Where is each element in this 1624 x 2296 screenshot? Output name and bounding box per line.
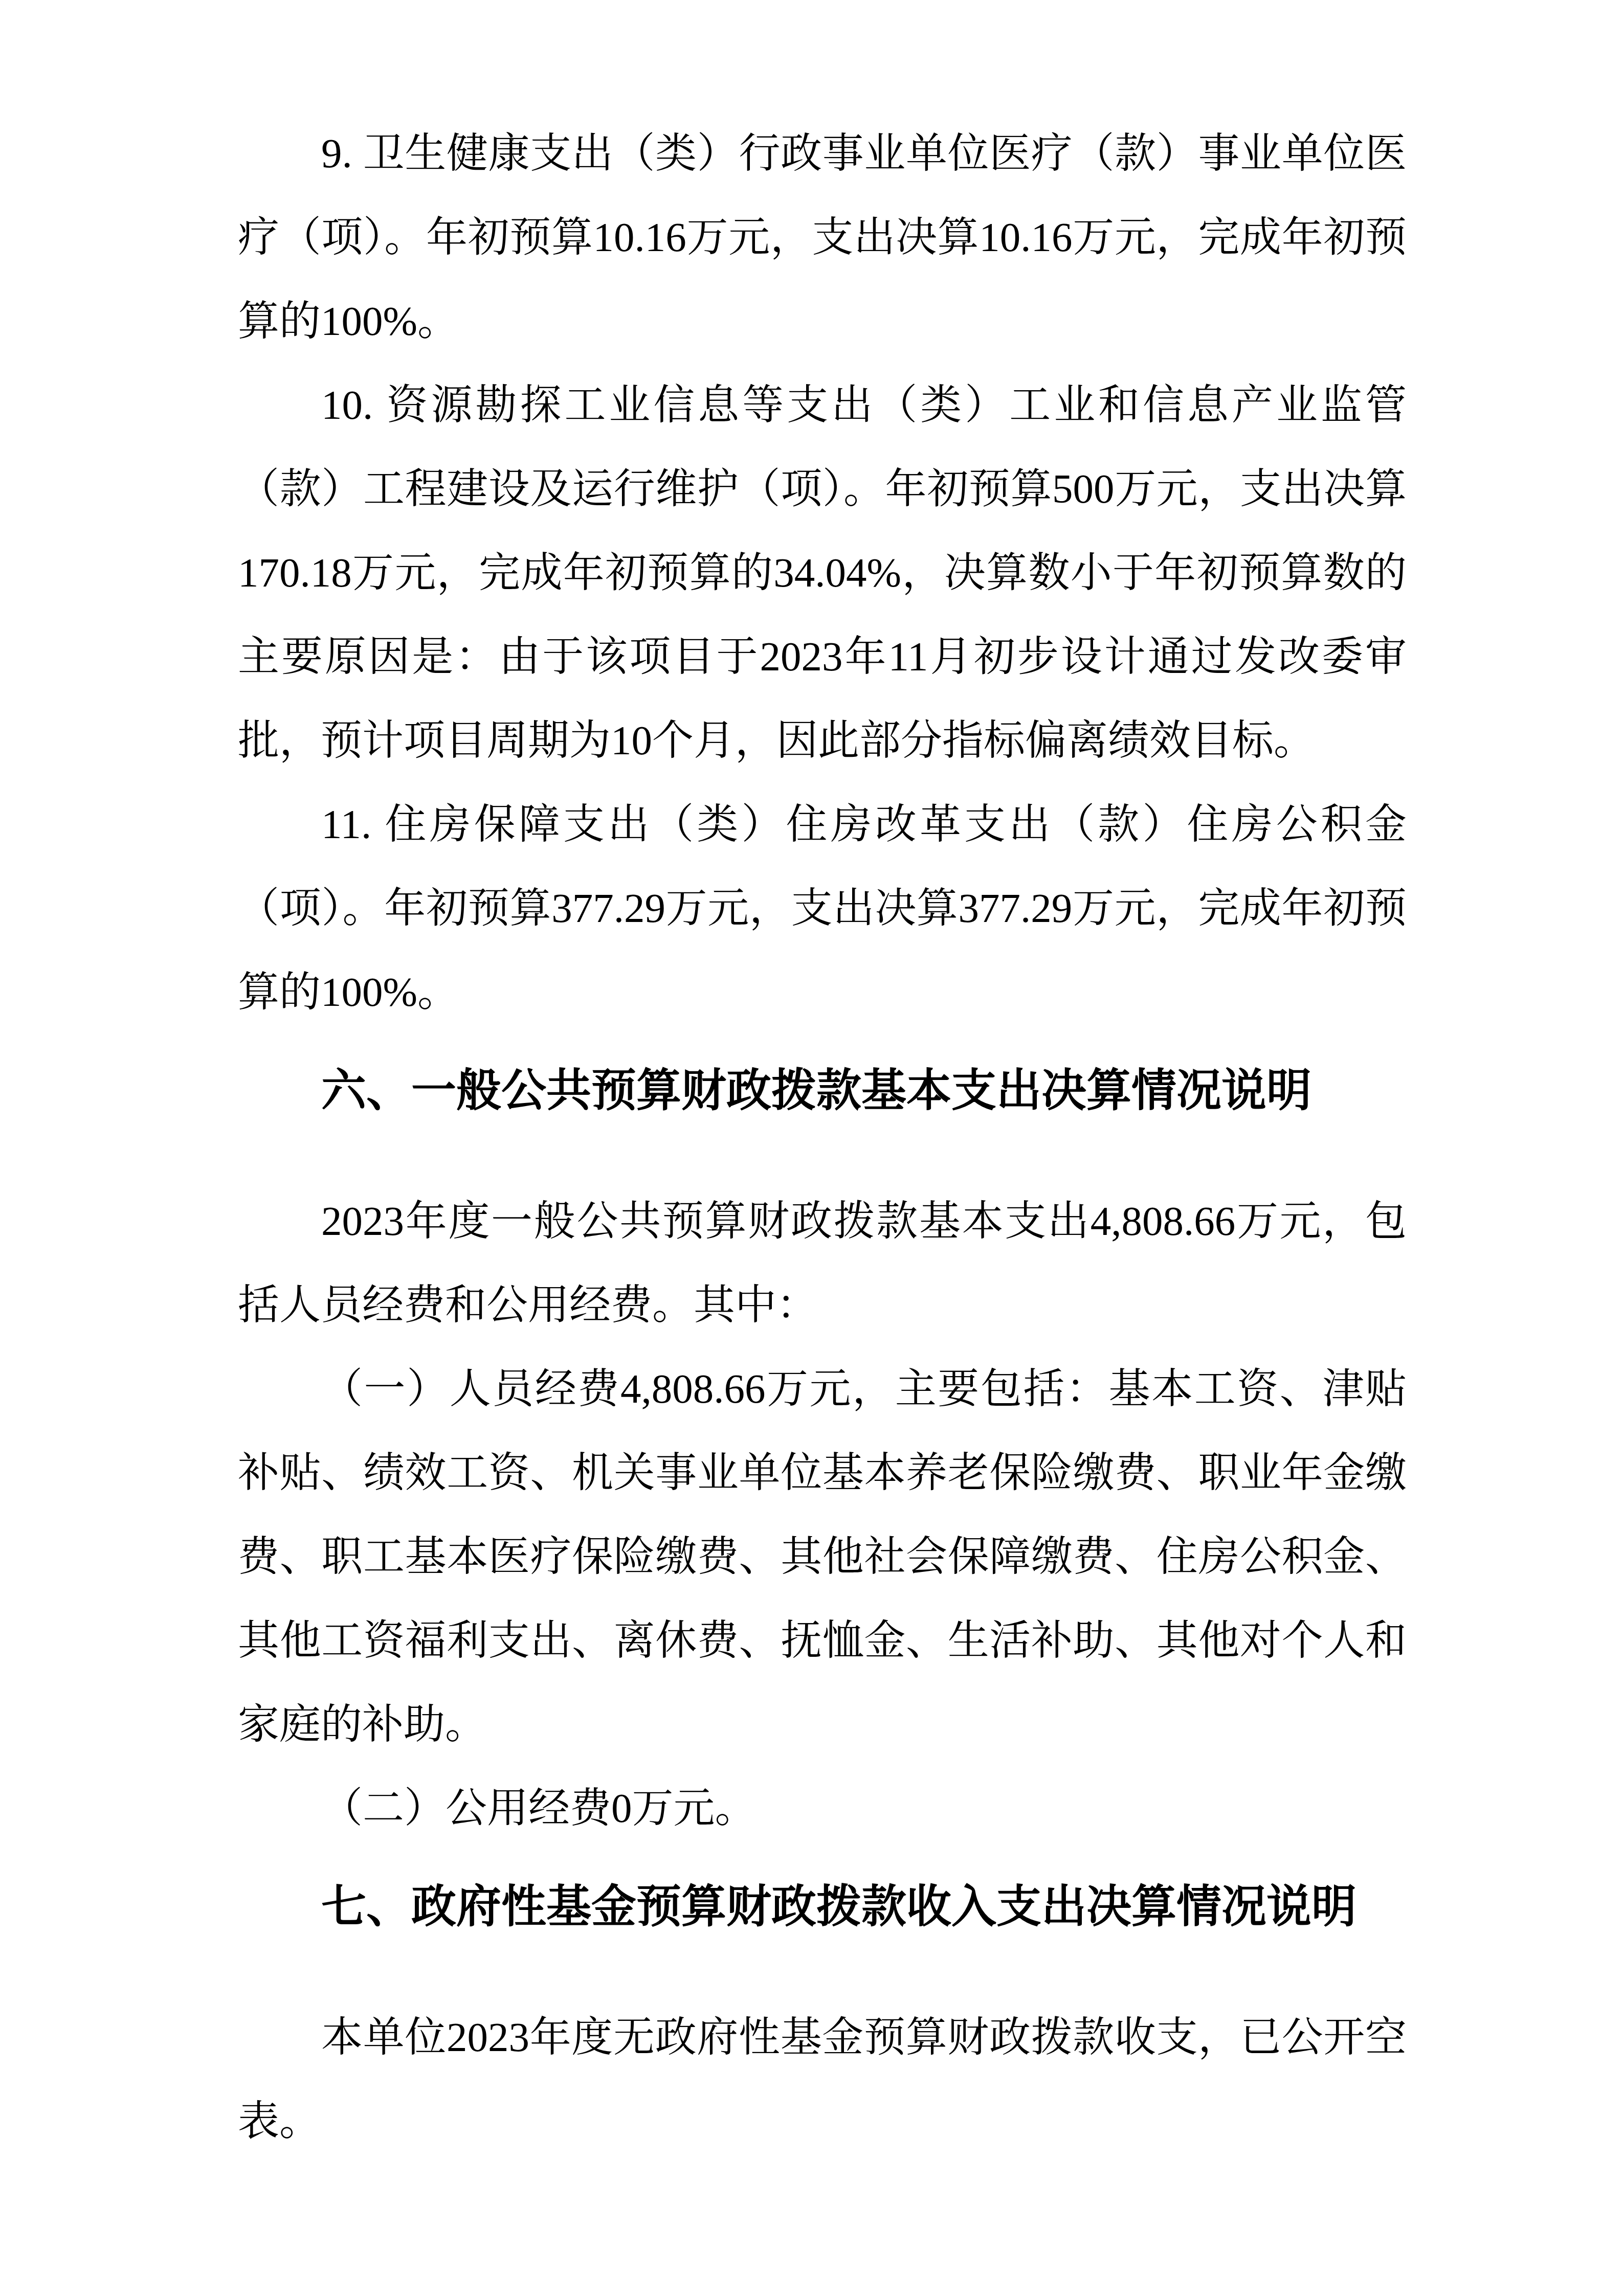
heading-section-seven-gov-fund-budget: 七、政府性基金预算财政拨款收入支出决算情况说明 [238, 1864, 1407, 1948]
heading-section-six-basic-expenditure: 六、一般公共预算财政拨款基本支出决算情况说明 [238, 1048, 1407, 1132]
document-page: 9. 卫生健康支出（类）行政事业单位医疗（款）事业单位医疗（项）。年初预算10.… [0, 0, 1624, 2296]
para-gov-fund-empty-table: 本单位2023年度无政府性基金预算财政拨款收支，已公开空表。 [238, 1995, 1407, 2163]
para-expense-item-9-health: 9. 卫生健康支出（类）行政事业单位医疗（款）事业单位医疗（项）。年初预算10.… [238, 111, 1407, 363]
para-expense-item-11-housing: 11. 住房保障支出（类）住房改革支出（款）住房公积金（项）。年初预算377.2… [238, 782, 1407, 1034]
para-public-operating-funds: （二）公用经费0万元。 [238, 1766, 1407, 1850]
para-basic-expenditure-total: 2023年度一般公共预算财政拨款基本支出4,808.66万元，包括人员经费和公用… [238, 1179, 1407, 1347]
para-personnel-funds: （一）人员经费4,808.66万元，主要包括：基本工资、津贴补贴、绩效工资、机关… [238, 1347, 1407, 1766]
para-expense-item-10-resource-exploration: 10. 资源勘探工业信息等支出（类）工业和信息产业监管（款）工程建设及运行维护（… [238, 363, 1407, 782]
